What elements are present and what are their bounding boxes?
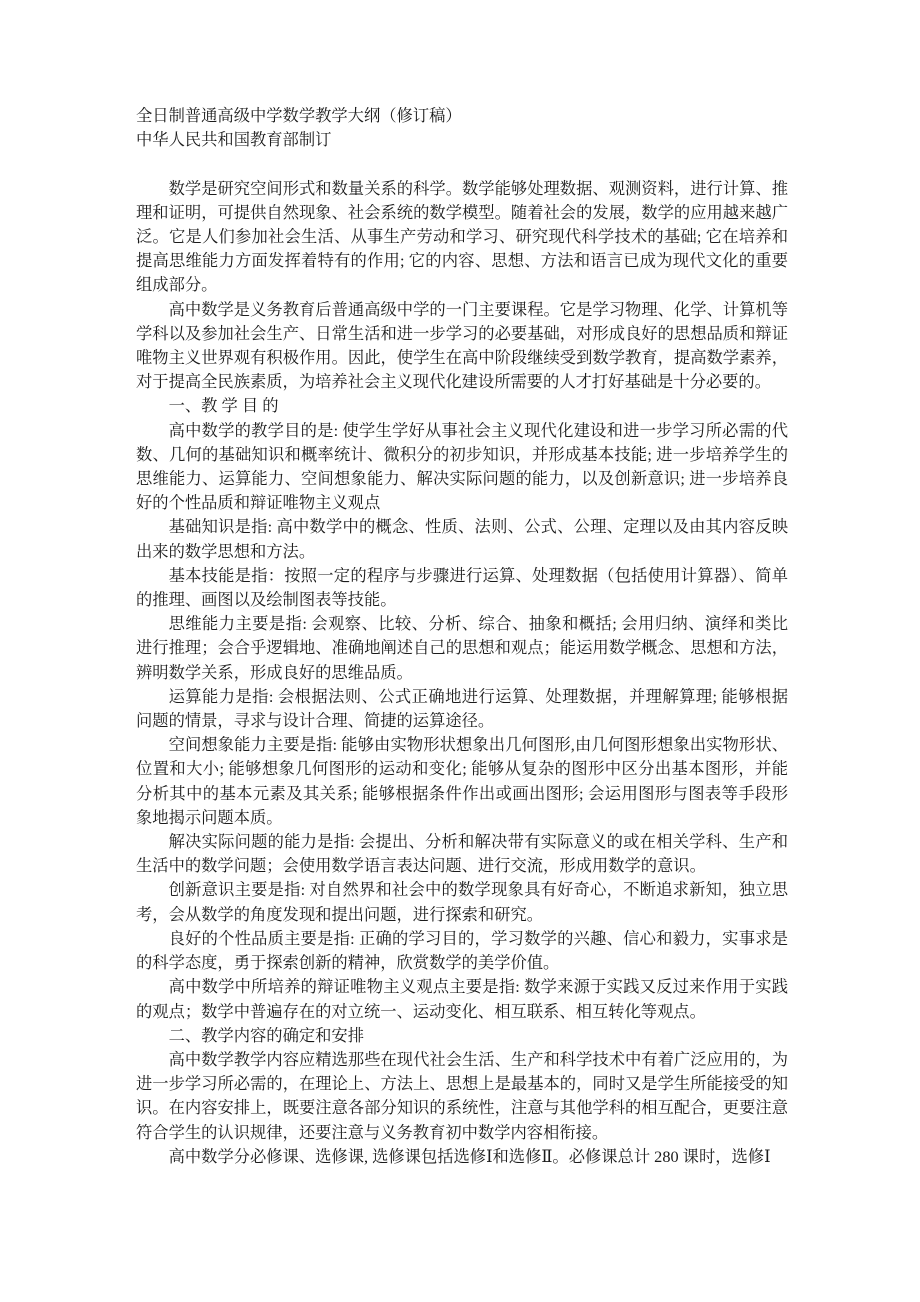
paragraph-basic-knowledge: 基础知识是指: 高中数学中的概念、性质、法则、公式、公理、定理以及由其内容反映出… xyxy=(136,515,788,563)
document-content: 全日制普通高级中学数学教学大纲（修订稿） 中华人民共和国教育部制订 数学是研究空… xyxy=(136,104,788,1169)
section-heading-content-arrangement: 二、教学内容的确定和安排 xyxy=(136,1024,788,1048)
paragraph-spatial-imagination: 空间想象能力主要是指: 能够由实物形状想象出几何图形,由几何图形想象出实物形状、… xyxy=(136,733,788,830)
paragraph-course-structure: 高中数学分必修课、选修课, 选修课包括选修Ⅰ和选修Ⅱ。必修课总计 280 课时，… xyxy=(136,1145,788,1169)
paragraph-innovation-awareness: 创新意识主要是指: 对自然界和社会中的数学现象具有好奇心，不断追求新知，独立思考… xyxy=(136,878,788,926)
paragraph-teaching-aims: 高中数学的教学目的是: 使学生学好从事社会主义现代化建设和进一步学习所必需的代数… xyxy=(136,419,788,516)
document-author-line: 中华人民共和国教育部制订 xyxy=(136,128,788,152)
paragraph-personality-qualities: 良好的个性品质主要是指: 正确的学习目的，学习数学的兴趣、信心和毅力，实事求是的… xyxy=(136,927,788,975)
paragraph-intro-course: 高中数学是义务教育后普通高级中学的一门主要课程。它是学习物理、化学、计算机等学科… xyxy=(136,298,788,395)
paragraph-computation-ability: 运算能力是指: 会根据法则、公式正确地进行运算、处理数据，并理解算理; 能够根据… xyxy=(136,685,788,733)
blank-line xyxy=(136,152,788,176)
section-heading-teaching-aims: 一、教 学 目 的 xyxy=(136,394,788,418)
paragraph-problem-solving: 解决实际问题的能力是指: 会提出、分析和解决带有实际意义的或在相关学科、生产和生… xyxy=(136,830,788,878)
document-page: 全日制普通高级中学数学教学大纲（修订稿） 中华人民共和国教育部制订 数学是研究空… xyxy=(0,0,920,1302)
paragraph-content-selection: 高中数学教学内容应精选那些在现代社会生活、生产和科学技术中有着广泛应用的，为进一… xyxy=(136,1048,788,1145)
paragraph-thinking-ability: 思维能力主要是指: 会观察、比较、分析、综合、抽象和概括; 会用归纳、演绎和类比… xyxy=(136,612,788,685)
paragraph-basic-skills: 基本技能是指：按照一定的程序与步骤进行运算、处理数据（包括使用计算器）、简单的推… xyxy=(136,564,788,612)
paragraph-intro-math: 数学是研究空间形式和数量关系的科学。数学能够处理数据、观测资料，进行计算、推理和… xyxy=(136,177,788,298)
paragraph-dialectical-materialism: 高中数学中所培养的辩证唯物主义观点主要是指: 数学来源于实践又反过来作用于实践的… xyxy=(136,975,788,1023)
document-title: 全日制普通高级中学数学教学大纲（修订稿） xyxy=(136,104,788,128)
